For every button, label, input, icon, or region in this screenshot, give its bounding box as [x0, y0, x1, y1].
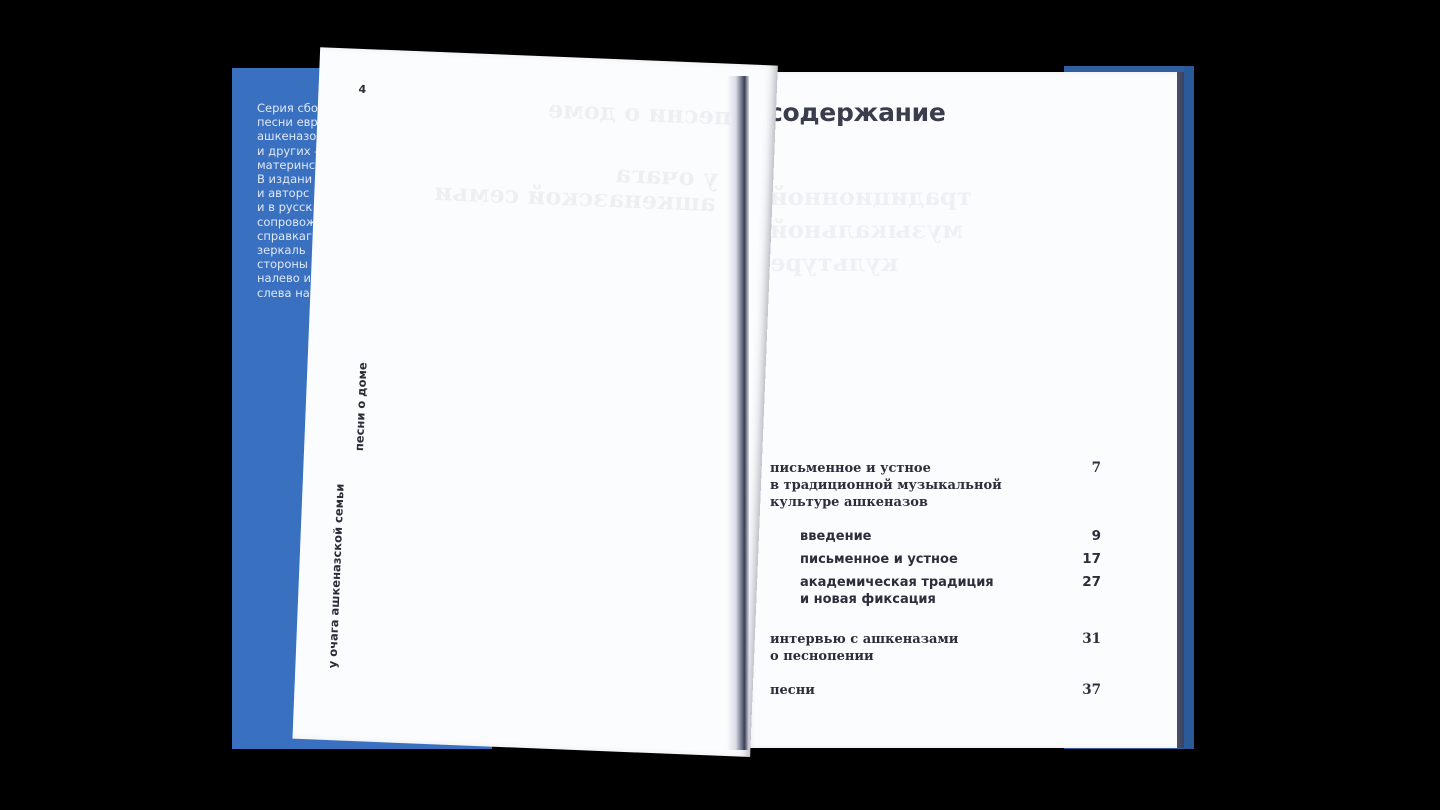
toc-entry-label: введение: [800, 528, 1101, 545]
toc-entry[interactable]: введение 9: [800, 528, 1101, 545]
page-number: 4: [358, 83, 366, 96]
toc-page-number: 31: [1082, 631, 1101, 648]
toc-page-number: 17: [1082, 551, 1101, 568]
toc-entry[interactable]: академическая традиция и новая фиксация …: [800, 574, 1101, 608]
table-of-contents: письменное и устное в традиционной музык…: [745, 72, 1177, 748]
book-gutter: [727, 76, 749, 750]
running-head-title: песни о доме: [352, 362, 370, 451]
toc-page-number: 9: [1092, 528, 1101, 545]
toc-page-number: 37: [1082, 682, 1101, 699]
contents-page: традиционной музыкальной культуре содерж…: [745, 72, 1177, 748]
left-page: 4 песни о доме у очага ашкеназской семьи…: [292, 47, 777, 757]
toc-entry[interactable]: интервью с ашкеназами о песнопении 31: [770, 631, 1101, 665]
toc-page-number: 27: [1082, 574, 1101, 591]
toc-entry[interactable]: письменное и устное 17: [800, 551, 1101, 568]
cover-blurb: Серия сбо песни евр ашкеназо и других - …: [257, 101, 318, 300]
toc-entry-label: академическая традиция и новая фиксация: [800, 574, 1101, 608]
toc-entry-label: интервью с ашкеназами о песнопении: [770, 631, 1101, 665]
book-spread-photo: Серия сбо песни евр ашкеназо и других - …: [0, 0, 1440, 810]
toc-page-number: 7: [1092, 460, 1101, 477]
running-head-series: у очага ашкеназской семьи: [325, 483, 346, 668]
toc-entry-label: песни: [770, 682, 1101, 699]
toc-entry[interactable]: письменное и устное в традиционной музык…: [770, 460, 1101, 511]
toc-entry[interactable]: песни 37: [770, 682, 1101, 699]
toc-entry-label: письменное и устное в традиционной музык…: [770, 460, 1101, 511]
toc-entry-label: письменное и устное: [800, 551, 1101, 568]
show-through-text: песни о доме: [547, 94, 732, 130]
cover-edge: [1184, 66, 1194, 749]
